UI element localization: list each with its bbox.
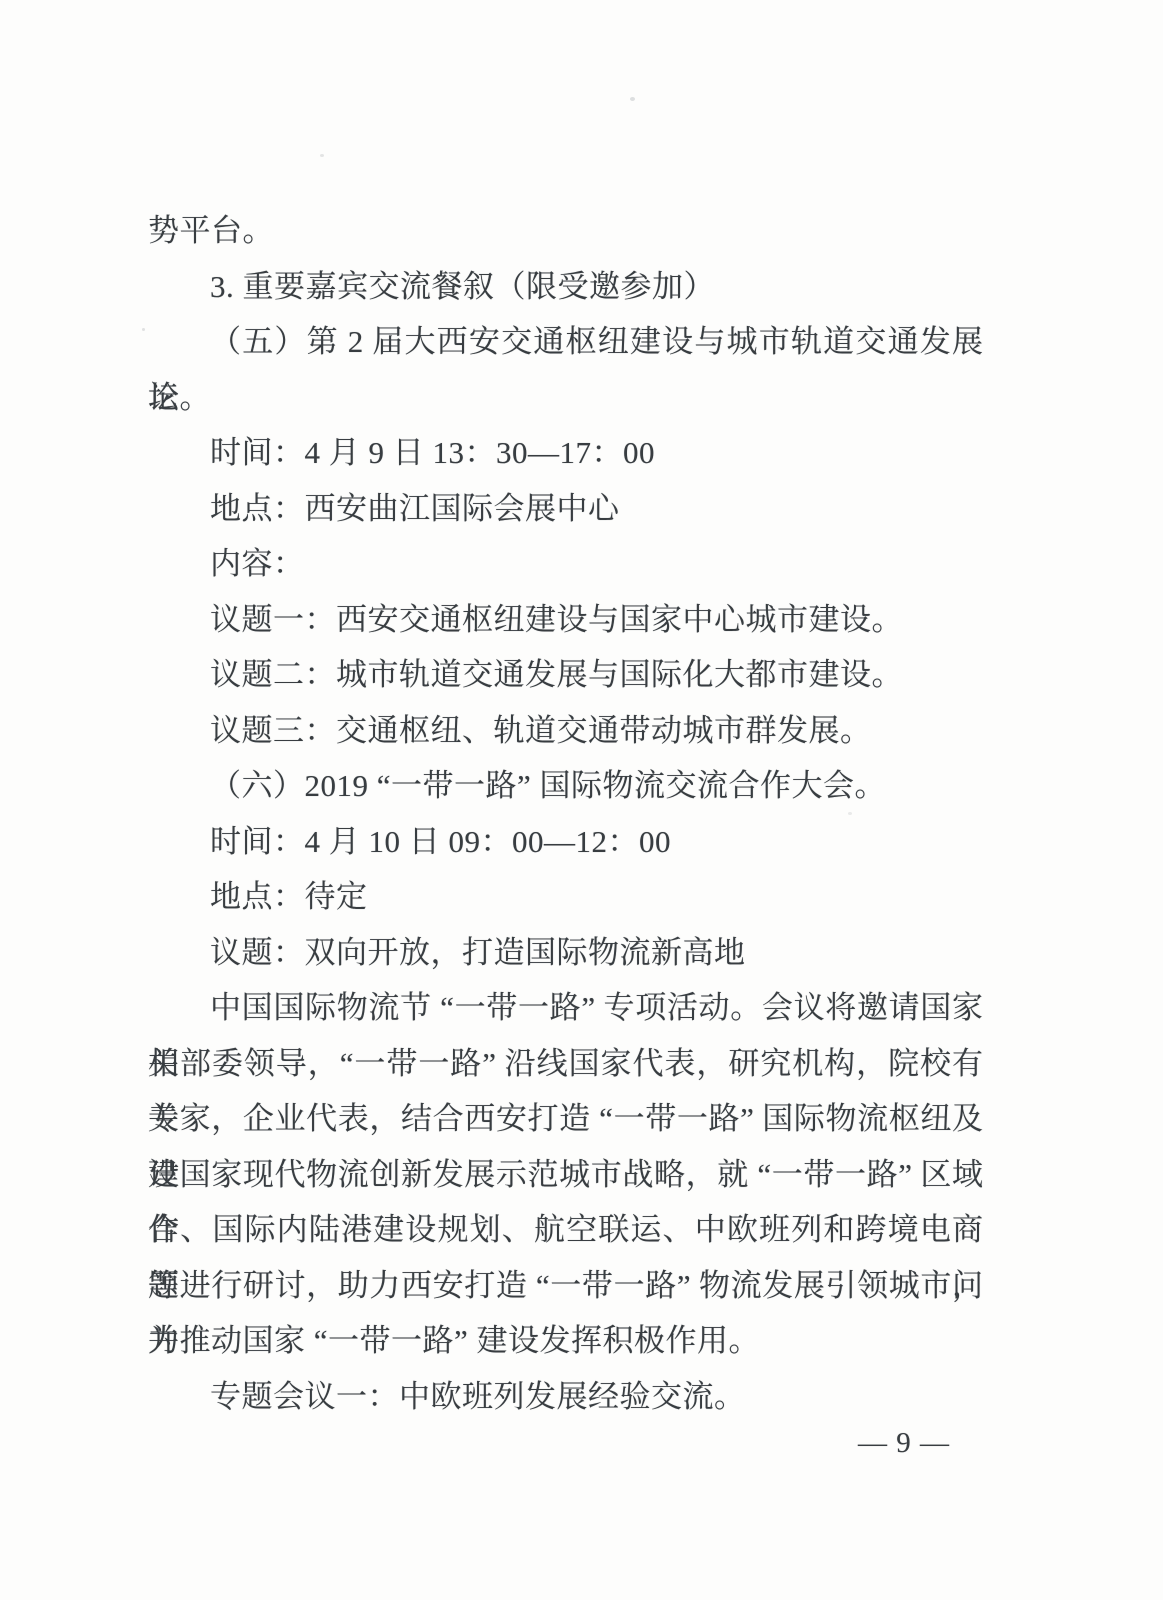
text-line: 议题三：交通枢纽、轨道交通带动城市群发展。 [148,703,983,759]
text-line: 关部委领导，“一带一路” 沿线国家代表，研究机构，院校有关 [148,1036,983,1092]
text-line: 作、国际内陆港建设规划、航空联运、中欧班列和跨境电商等问 [148,1202,983,1258]
text-line: 势平台。 [148,203,983,259]
text-line: 内容： [148,536,983,592]
text-line: 地点：待定 [148,869,983,925]
scan-speck [142,328,145,331]
text-line: 时间：4 月 10 日 09：00—12：00 [148,814,983,870]
document-body: 势平台。 3. 重要嘉宾交流餐叙（限受邀参加） （五）第 2 届大西安交通枢纽建… [148,203,983,1424]
text-line: 中国国际物流节 “一带一路” 专项活动。会议将邀请国家相 [148,980,983,1036]
document-page: 势平台。 3. 重要嘉宾交流餐叙（限受邀参加） （五）第 2 届大西安交通枢纽建… [0,0,1163,1600]
text-line: 议题一：西安交通枢纽建设与国家中心城市建设。 [148,592,983,648]
text-line: 专题会议一：中欧班列发展经验交流。 [148,1369,983,1425]
page-number: — 9 — [858,1418,950,1468]
text-line: 专家，企业代表，结合西安打造 “一带一路” 国际物流枢纽及建 [148,1091,983,1147]
text-line: 议题：双向开放，打造国际物流新高地 [148,925,983,981]
text-line: 时间：4 月 9 日 13：30—17：00 [148,425,983,481]
text-line: 议题二：城市轨道交通发展与国际化大都市建设。 [148,647,983,703]
text-line: 坛。 [148,370,983,426]
text-line: 题进行研讨，助力西安打造 “一带一路” 物流发展引领城市，并 [148,1258,983,1314]
scan-speck [320,154,324,157]
text-line: 为推动国家 “一带一路” 建设发挥积极作用。 [148,1313,983,1369]
text-line: 地点：西安曲江国际会展中心 [148,481,983,537]
scan-speck [630,97,635,101]
text-line: 设国家现代物流创新发展示范城市战略，就 “一带一路” 区域合 [148,1147,983,1203]
text-line: 3. 重要嘉宾交流餐叙（限受邀参加） [148,259,983,315]
text-line: （六）2019 “一带一路” 国际物流交流合作大会。 [148,758,983,814]
text-line: （五）第 2 届大西安交通枢纽建设与城市轨道交通发展论 [148,314,983,370]
